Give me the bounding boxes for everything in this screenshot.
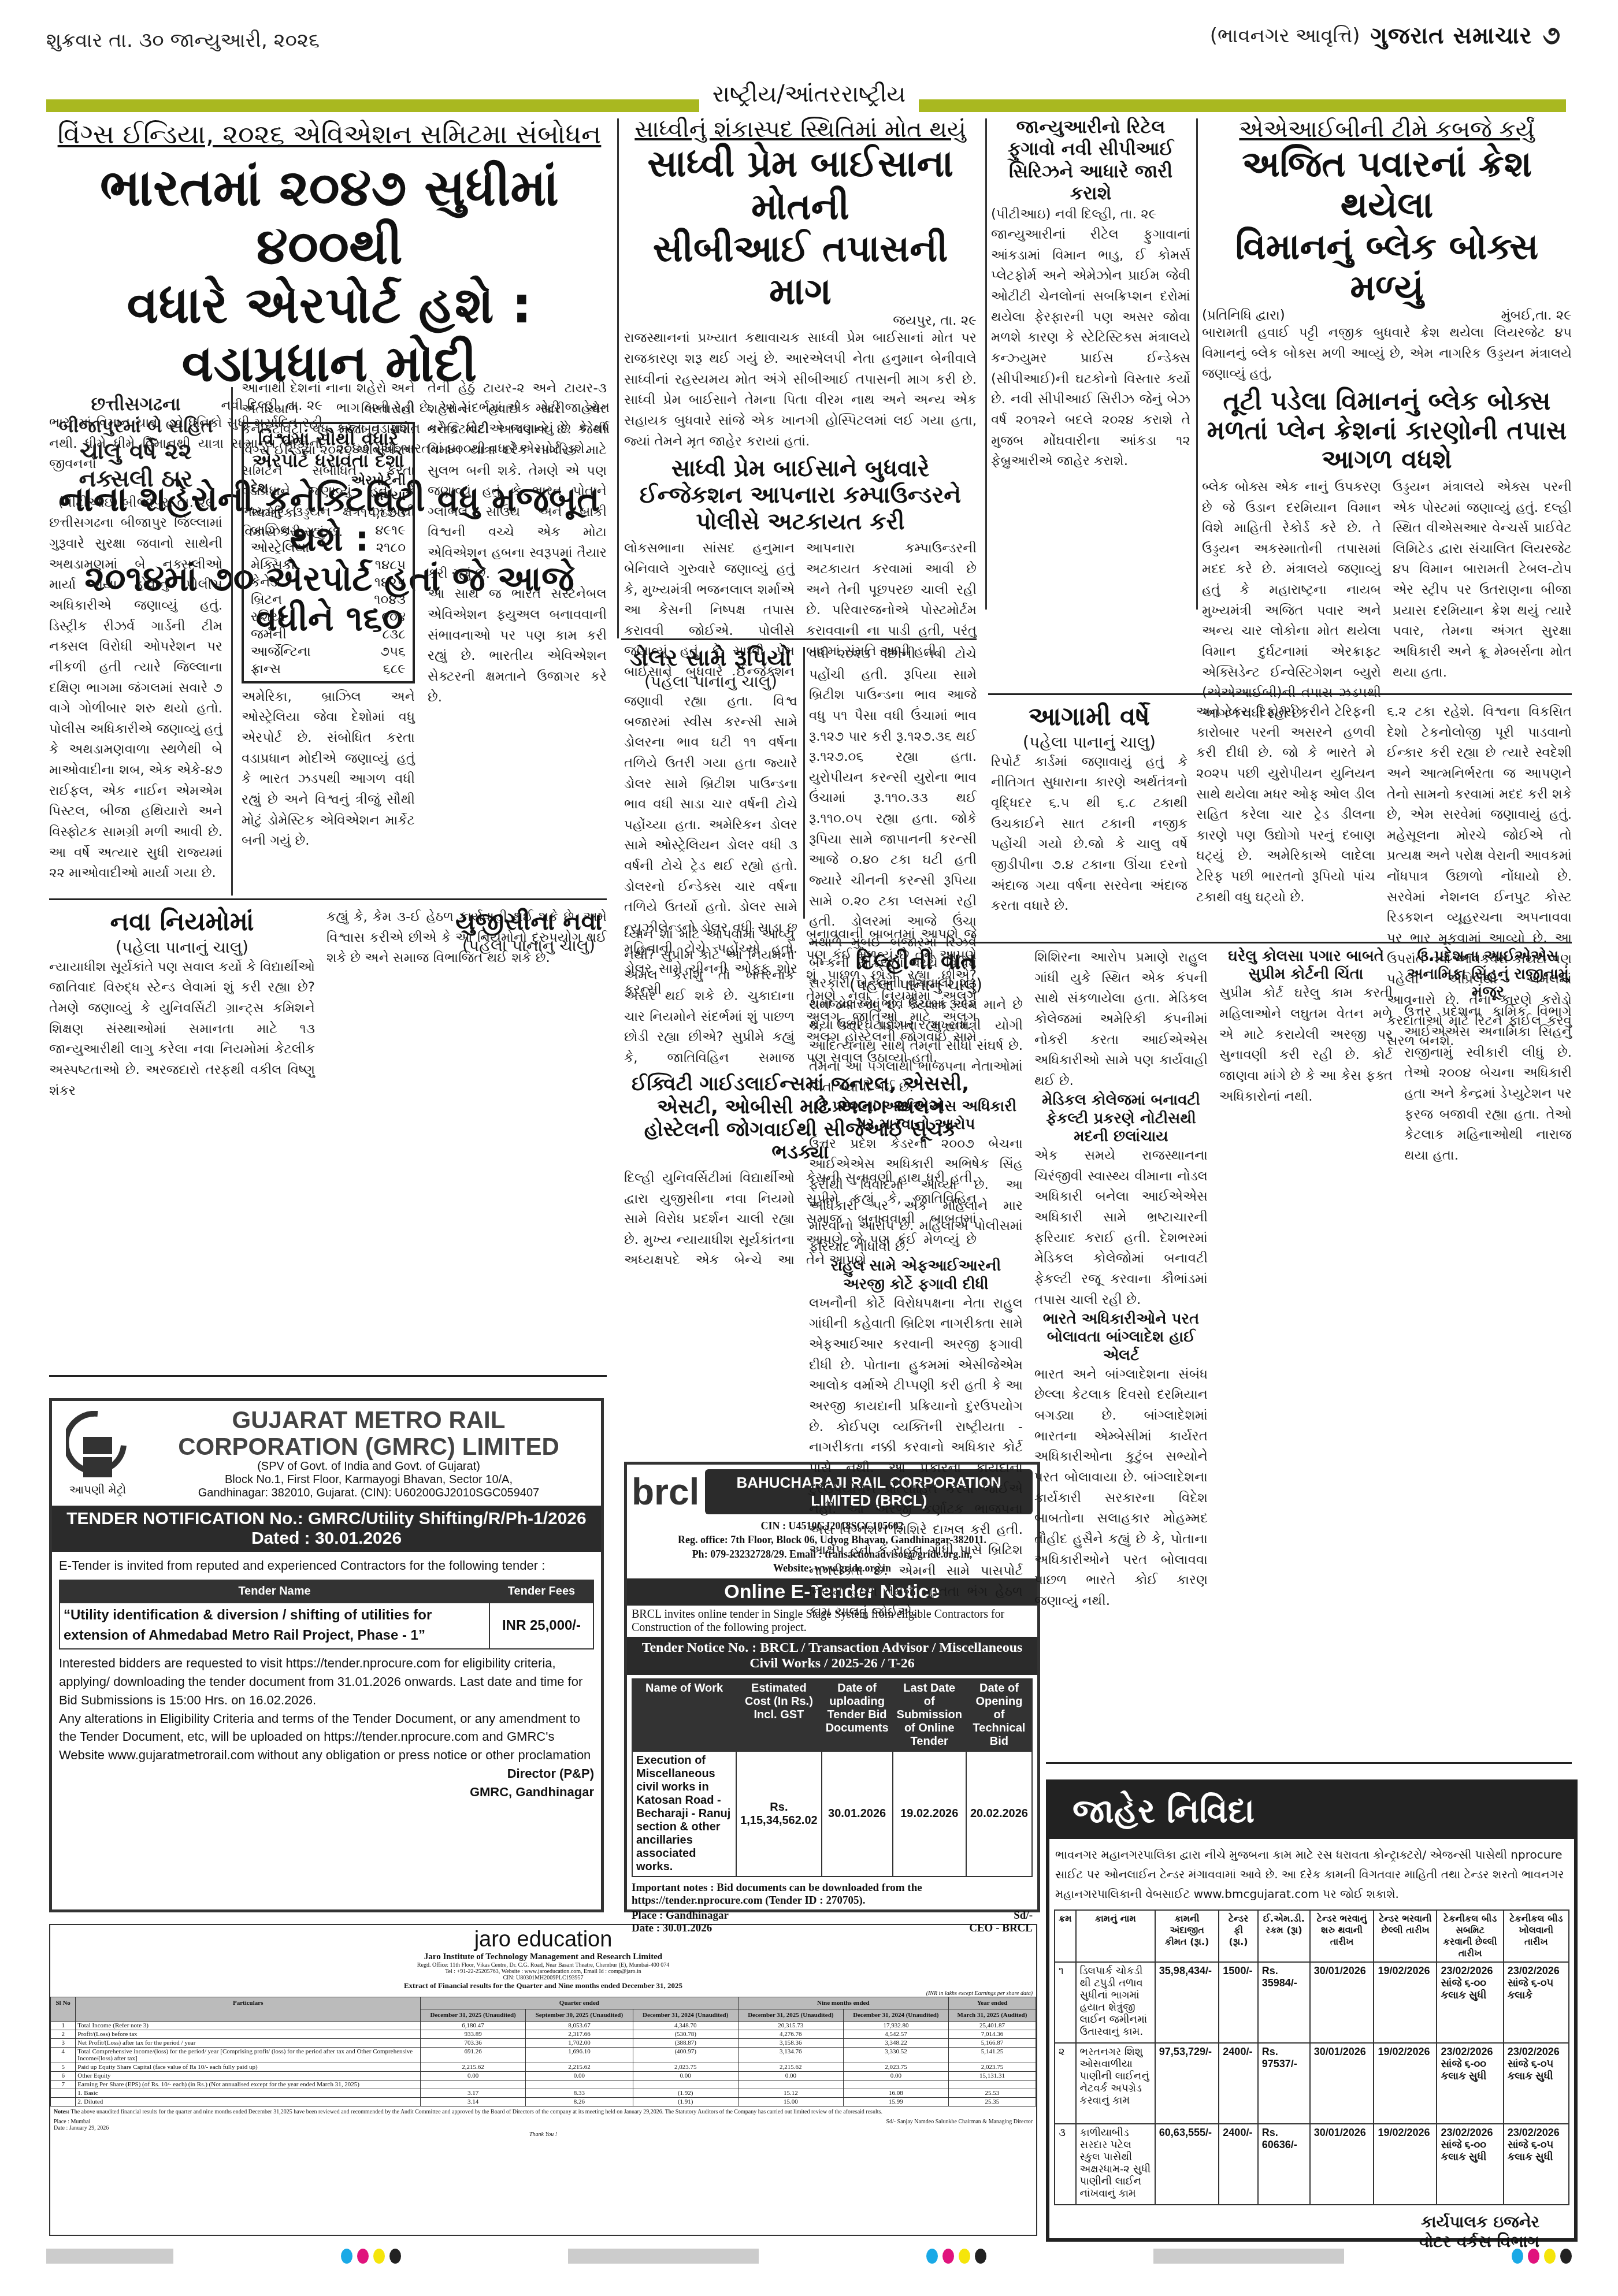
sadhvi-subhead: સાધ્વી પ્રેમ બાઈસાને બુધવારે ઈન્જેકશન આપ…: [624, 455, 977, 535]
table-row: ૨ભરતનગર શિશુ ઓસવાળીયા પાણીની લાઈનનું નેટ…: [1055, 2043, 1569, 2124]
divider: [621, 638, 977, 640]
registration-dot: [389, 2249, 401, 2264]
table-row: ૧ડિલપાર્ક ચોકડી થી ટપુડી તળાવ સુધીનાં ભા…: [1055, 1962, 1569, 2043]
lead-body-1: આનાથી દેશનાં નાના શહેરો અને અંતરિયાળ વિસ…: [242, 378, 415, 543]
table-row: ફ્રાન્સ૬૮૯: [248, 660, 408, 678]
table-row: 4Total Comprehensive income/(loss) for t…: [51, 2048, 1036, 2063]
lead-headline-2: વધારે એરપોર્ટ હશે : વડાપ્રધાન મોદી: [49, 276, 610, 392]
medical-sub: મેડિકલ કોલેજમાં બનાવટી ફેકલ્ટી પ્રકરણે ન…: [1034, 1091, 1208, 1146]
gmrc-address-2: Gandhinagar: 382010, Gujarat. (CIN): U60…: [144, 1487, 593, 1500]
delhi-story-col2: શિશિરના આરોપ પ્રમાણે રાહુલ ગાંધી યુકે સ્…: [1034, 948, 1208, 1611]
sadhvi-headline-2: સીબીઆઈ તપાસની માગ: [624, 228, 977, 313]
gmrc-notification-bar: TENDER NOTIFICATION No.: GMRC/Utility Sh…: [52, 1506, 601, 1552]
column-rule: [231, 387, 233, 896]
bmc-tender-table: ક્રમકામનું નામકામની અંદાજીત કીમત (રૂા.)ટ…: [1054, 1909, 1569, 2205]
economy-body: રિપોર્ટ કાર્ડમાં જણાવાયું હતું કે નીતિગત…: [991, 752, 1187, 917]
divider: [1046, 1762, 1572, 1764]
lead-body-4: અમેરિકા, બ્રાઝિલ અને ઓસ્ટ્રેલિયા જેવા દે…: [242, 687, 415, 852]
lead-body-2: તેની હેઠું ટાયર-૨ અને ટાયર-૩ શહેરોને હવા…: [428, 378, 607, 584]
naxal-story: છત્તીસગઢના બીજાપુરમાં બે સહિત ચાલુ વર્ષે…: [49, 393, 222, 884]
delhi-headline: દિલ્હીની વાત: [809, 948, 1023, 975]
gmrc-para-2: Any alterations in Eligibility Criteria …: [59, 1710, 594, 1765]
table-row: આર્જેન્ટિના૭૫૬: [248, 643, 408, 660]
delhi-body-right: શિશિરના આરોપ પ્રમાણે રાહુલ ગાંધી યુકે સ્…: [1034, 948, 1208, 1091]
ajit-intro: બારામતી હવાઈ પટ્ટી નજીક બુધવારે ક્રેશ થય…: [1202, 323, 1572, 385]
dollar-headline: ડોલર સામે રૂપિયો: [624, 644, 797, 672]
cpi-dateline: (પીટીઆઇ) નવી દિલ્હી, તા. ૨૯: [991, 205, 1190, 225]
registration-dot: [341, 2249, 352, 2264]
registration-dot: [959, 2249, 970, 2264]
naxal-body: છત્તીસગઢના બીજાપુર જિલ્લામાં ગુરૂવારે સુ…: [49, 513, 222, 884]
column-rule: [617, 118, 619, 638]
gmrc-tender-table: Tender NameTender Fees “Utility identifi…: [59, 1580, 594, 1649]
ugc-headline: યુજીસીના નવા: [451, 907, 607, 936]
naxal-headline: ચાલુ વર્ષે ૨૨ નક્સલી ઠાર: [49, 437, 222, 493]
bmc-intro: ભાવનગર મહાનગરપાલિકા દ્વારા નીચે મુજબના ક…: [1049, 1839, 1574, 1909]
table-row: 3Net Profit/(Loss) after tax for the per…: [51, 2039, 1036, 2048]
divider: [988, 693, 1572, 695]
delhi-story: દિલ્હીની વાત (પહેલા પાનાનું ચાલુ) સમજવા …: [809, 948, 1023, 1623]
rules-headline: નવા નિયમોમાં: [49, 907, 315, 938]
brcl-note: Important notes : Bid documents can be d…: [627, 1881, 1037, 1908]
masthead-group: (ભાવનગર આવૃત્તિ) ગુજરાત સમાચાર ૭: [1210, 21, 1560, 50]
issue-date: શુક્રવાર તા. ૩૦ જાન્યુઆરી, ૨૦૨૬: [46, 29, 320, 52]
delhi-body-4: ભારત અને બાંગ્લાદેશના સંબંધ છેલ્લા કેટલા…: [1034, 1365, 1208, 1612]
gmrc-tagline: (SPV of Govt. of India and Govt. of Guja…: [144, 1460, 593, 1473]
brcl-tender-table: Name of WorkEstimated Cost (In Rs.) Incl…: [632, 1678, 1033, 1877]
gmrc-org-name: GUJARAT METRO RAIL CORPORATION (GMRC) LI…: [144, 1407, 593, 1460]
sadhvi-kicker: સાધ્વીનું શંકાસ્પદ સ્થિતિમાં મોત થયું: [624, 116, 977, 143]
ajit-kicker: એએઆઈબીની ટીમે કબજે કર્યું: [1202, 116, 1572, 143]
metro-train-icon: [66, 1411, 129, 1480]
ajit-body-left: બ્લેક બોક્સ એક નાનું ઉપકરણ છે જે ઉડાન દર…: [1202, 477, 1381, 725]
medical-sub-2: ઉ.પ્રદેશના આઈએએસ અનામિકા સિંહનું રાજીનામ…: [1404, 948, 1572, 1002]
lead-kicker: વિંગ્સ ઈન્ડિયા, ૨૦૨૬ એવિએશન સમિટમા સંબોધ…: [49, 118, 610, 150]
delhi-story-col3: ઘરેલુ કોલસા પગાર બાબતે સુપ્રીમ કોર્ટની ચ…: [1219, 948, 1393, 1107]
economy-story: આગામી વર્ષે (પહેલા પાનાનું ચાલુ) રિપોર્ટ…: [991, 702, 1187, 917]
ajit-story: એએઆઈબીની ટીમે કબજે કર્યું અજિત પવારનાં ક…: [1202, 116, 1572, 725]
registration-dot: [926, 2249, 938, 2264]
jaro-cin: CIN: U80301MH2009PLC193957: [50, 1975, 1036, 1981]
section-title: રાષ્ટ્રીય/આંતરરાષ્ટ્રીય: [702, 81, 916, 107]
lead-headline-1: ભારતમાં ૨૦૪૭ સુધીમાં ૪૦૦થી: [49, 158, 610, 275]
sadhvi-headline-1: સાધ્વી પ્રેમ બાઈસાના મોતની: [624, 143, 977, 228]
jaro-contact: Tel : +91-22-25205763, Website : www.jar…: [50, 1968, 1036, 1975]
delhi-body: સમજવા જેવું છે. કેટલાક એમ માને છે કે, ઉત…: [809, 995, 1023, 1098]
table-row: 1Total Income (Refer note 3)6,180.478,05…: [51, 2022, 1036, 2030]
ugc-continued: (પહેલા પાનાનું ચાલુ): [451, 936, 607, 956]
header-band-right: [919, 99, 1566, 112]
table-row: મેક્સિકો૧૪૮૫: [248, 556, 408, 574]
delhi-body-3: લખનૌની કોર્ટે વિરોધપક્ષના નેતા રાહુલ ગાં…: [809, 1294, 1023, 1623]
jaro-unit: (INR in lakhs except Earnings per share …: [50, 1990, 1036, 1997]
jaro-financial-table: Sl NoParticularsQuarter endedNine months…: [50, 1997, 1036, 2106]
rules-continued: (પહેલા પાનાનું ચાલુ): [49, 938, 315, 957]
bmc-tender-ad: જાહેર નિવિદા ભાવનગર મહાનગરપાલિકા દ્વારા …: [1046, 1779, 1578, 2242]
medical-body: એક સમયે રાજસ્થાનના ચિરંજીવી સ્વાસ્થ્ય વી…: [1034, 1146, 1208, 1310]
cpi-body: જાન્યુઆરીનાં રીટેલ ફુગાવાનાં આંકડામાં વિ…: [991, 225, 1190, 472]
rules-body: ન્યાયાધીશ સૂર્યકાંતે પણ સવાલ કર્યો કે વિ…: [49, 957, 315, 1101]
table-row: 5Paid up Equity Share Capital (face valu…: [51, 2063, 1036, 2072]
ajit-headline-1: અજિત પવારનાં ક્રેશ થયેલા: [1202, 143, 1572, 226]
ajit-dateline: મુંબઈ,તા. ૨૯: [1501, 308, 1572, 323]
economy-continued: (પહેલા પાનાનું ચાલુ): [991, 733, 1187, 752]
print-registration-marks: [46, 2249, 1572, 2264]
cpi-headline: જાન્યુઆરીનો રિટેલ ફુગાવો નવી સીપીઆઈ સિરિ…: [991, 116, 1190, 205]
jaro-title: Extract of Financial results for the Qua…: [50, 1981, 1036, 1990]
gmrc-para-1: Interested bidders are requested to visi…: [59, 1654, 594, 1710]
brcl-notice-no: Tender Notice No. : BRCL / Transaction A…: [627, 1637, 1037, 1675]
column-rule: [803, 647, 805, 919]
naxal-dateline: (પીટીઆઇ) બીજાપુર, તા. ૨૯: [49, 493, 222, 514]
rules-story: નવા નિયમોમાં (પહેલા પાનાનું ચાલુ) ન્યાયા…: [49, 907, 315, 1101]
delhi-story-col4: ઉ.પ્રદેશના આઈએએસ અનામિકા સિંહનું રાજીનામ…: [1404, 948, 1572, 1166]
gmrc-address-1: Block No.1, First Floor, Karmayogi Bhava…: [144, 1473, 593, 1487]
lead-body-3: આ સાથે જ ભારત સસ્ટેનેબલ એવિએશન ફ્યુઅલ બન…: [428, 584, 607, 708]
registration-dot: [1512, 2249, 1523, 2264]
masthead-logo: ગુજરાત સમાચાર: [1371, 23, 1532, 49]
ajit-body-right: ઉડ્ડયન મંત્રાલયે એક્સ પરની એક પોસ્ટમાં જ…: [1393, 477, 1572, 725]
bmc-title: જાહેર નિવિદા: [1049, 1783, 1574, 1839]
bmc-signature: કાર્યપાલક ઇજનેરવોટર વર્કસ વિભાગ: [1049, 2205, 1574, 2252]
registration-dot: [942, 2249, 954, 2264]
table-row: 2Profit/(Loss) before tax933.892,317.66(…: [51, 2030, 1036, 2039]
table-row: બ્રિટન૧૦૪૩: [248, 591, 408, 608]
gmrc-logo: આપણી મેટ્રો: [60, 1411, 135, 1496]
gmrc-sign-2: GMRC, Gandhinagar: [59, 1783, 594, 1801]
divider: [49, 898, 607, 900]
delhi-sub-1: ઉ.પ્રદેશના આઈએએસ અધિકારી પર મારવાનો આરોપ: [809, 1098, 1023, 1134]
brcl-logo: brcl: [632, 1470, 699, 1513]
divider: [809, 942, 1572, 943]
economy-headline: આગામી વર્ષે: [991, 702, 1187, 733]
table-row: રશિયા૯૦૪: [248, 608, 408, 626]
delhi-continued: (પહેલા પાનાનું ચાલુ): [809, 975, 1023, 995]
header-band-left: [46, 99, 699, 112]
registration-dot: [1528, 2249, 1539, 2264]
sadhvi-body: રાજસ્થાનનાં પ્રખ્યાત કથાવાચક સાધ્વી પ્રે…: [624, 328, 977, 452]
table-row: કેનેડા૧૪૨૫: [248, 574, 408, 591]
gmrc-intro: E-Tender is invited from reputed and exp…: [59, 1556, 594, 1575]
registration-dot: [1560, 2249, 1572, 2264]
ugc-heading-block: યુજીસીના નવા (પહેલા પાનાનું ચાલુ): [451, 907, 607, 956]
column-rule: [1196, 118, 1198, 610]
registration-dot: [1544, 2249, 1556, 2264]
table-row: 7Earning Per Share (EPS) (of Rs. 10/- ea…: [51, 2080, 1036, 2089]
ajit-byline: (પ્રતિનિધિ દ્વારા): [1202, 308, 1285, 323]
medical-body-2: ઉત્તર પ્રદેશના કાર્મિક વિભાગે આઈએએસ અનામ…: [1404, 1002, 1572, 1166]
sadhvi-story: સાધ્વીનું શંકાસ્પદ સ્થિતિમાં મોત થયું સા…: [624, 116, 977, 683]
table-row: 2. Diluted3.148.26(1.91)15.0015.9925.35: [51, 2098, 1036, 2106]
cpi-story: જાન્યુઆરીનો રિટેલ ફુગાવો નવી સીપીઆઈ સિરિ…: [991, 116, 1190, 472]
delhi-body-5: સુપ્રીમ કોર્ટ ઘરેલુ કામ કરતી મહિલાઓને લઘ…: [1219, 983, 1393, 1107]
delhi-body-2: ઉત્તર પ્રદેશ કેડરના ૨૦૦૭ બેચના આઈએએસ અધિ…: [809, 1134, 1023, 1258]
naxal-kicker: છત્તીસગઢના બીજાપુરમાં બે સહિત: [49, 393, 222, 437]
economy-body-mid: અને ટેક્સ રિફોર્મ્સ કરીને ટેરિફની કારોબા…: [1196, 702, 1375, 908]
delhi-sub-4: ઘરેલુ કોલસા પગાર બાબતે સુપ્રીમ કોર્ટની ચ…: [1219, 948, 1393, 983]
ajit-subhead: તૂટી પડેલા વિમાનનું બ્લેક બોક્સ મળતાં પ્…: [1202, 387, 1572, 475]
gmrc-tender-ad: આપણી મેટ્રો GUJARAT METRO RAIL CORPORATI…: [49, 1398, 604, 1912]
table-row: 1. Basic3.178.33(1.92)15.1216.0825.53: [51, 2089, 1036, 2098]
table-row: 6Other Equity0.000.000.000.000.0015,131.…: [51, 2072, 1036, 2080]
dollar-continued: (પહેલા પાનાનું ચાલુ): [624, 672, 797, 692]
edition-label: (ભાવનગર આવૃત્તિ): [1210, 24, 1360, 47]
column-rule: [985, 118, 987, 610]
ajit-headline-2: વિમાનનું બ્લેક બોક્સ મળ્યું: [1202, 226, 1572, 309]
table-row: જર્મની૮૩૮: [248, 626, 408, 643]
lead-body-col3: તેની હેઠું ટાયર-૨ અને ટાયર-૩ શહેરોને હવા…: [428, 378, 607, 708]
delhi-sub-2: રાહુલ સામે એફઆઈઆરની અરજી કોર્ટે ફગાવી દી…: [809, 1257, 1023, 1293]
registration-dot: [357, 2249, 369, 2264]
sadhvi-dateline: જયપુર, તા. ૨૯: [624, 313, 977, 328]
registration-dot: [975, 2249, 986, 2264]
delhi-sub-3: ભારતે અધિકારીઓને પરત બોલાવતા બાંગ્લાદેશ …: [1034, 1310, 1208, 1365]
page-number: ૭: [1542, 21, 1560, 50]
divider: [49, 1375, 607, 1377]
registration-dot: [373, 2249, 385, 2264]
table-row: ૩કાળીયાબીડ સરદાર પટેલ સ્કુલ પાસેથી અક્ષર…: [1055, 2124, 1569, 2205]
jaro-company: Jaro Institute of Technology Management …: [50, 1952, 1036, 1962]
gmrc-sign-1: Director (P&P): [59, 1764, 594, 1783]
jaro-office: Regd. Office: 11th Floor, Vikas Centre, …: [50, 1962, 1036, 1968]
jaro-results-ad: jaro education Jaro Institute of Technol…: [49, 1924, 1037, 2236]
